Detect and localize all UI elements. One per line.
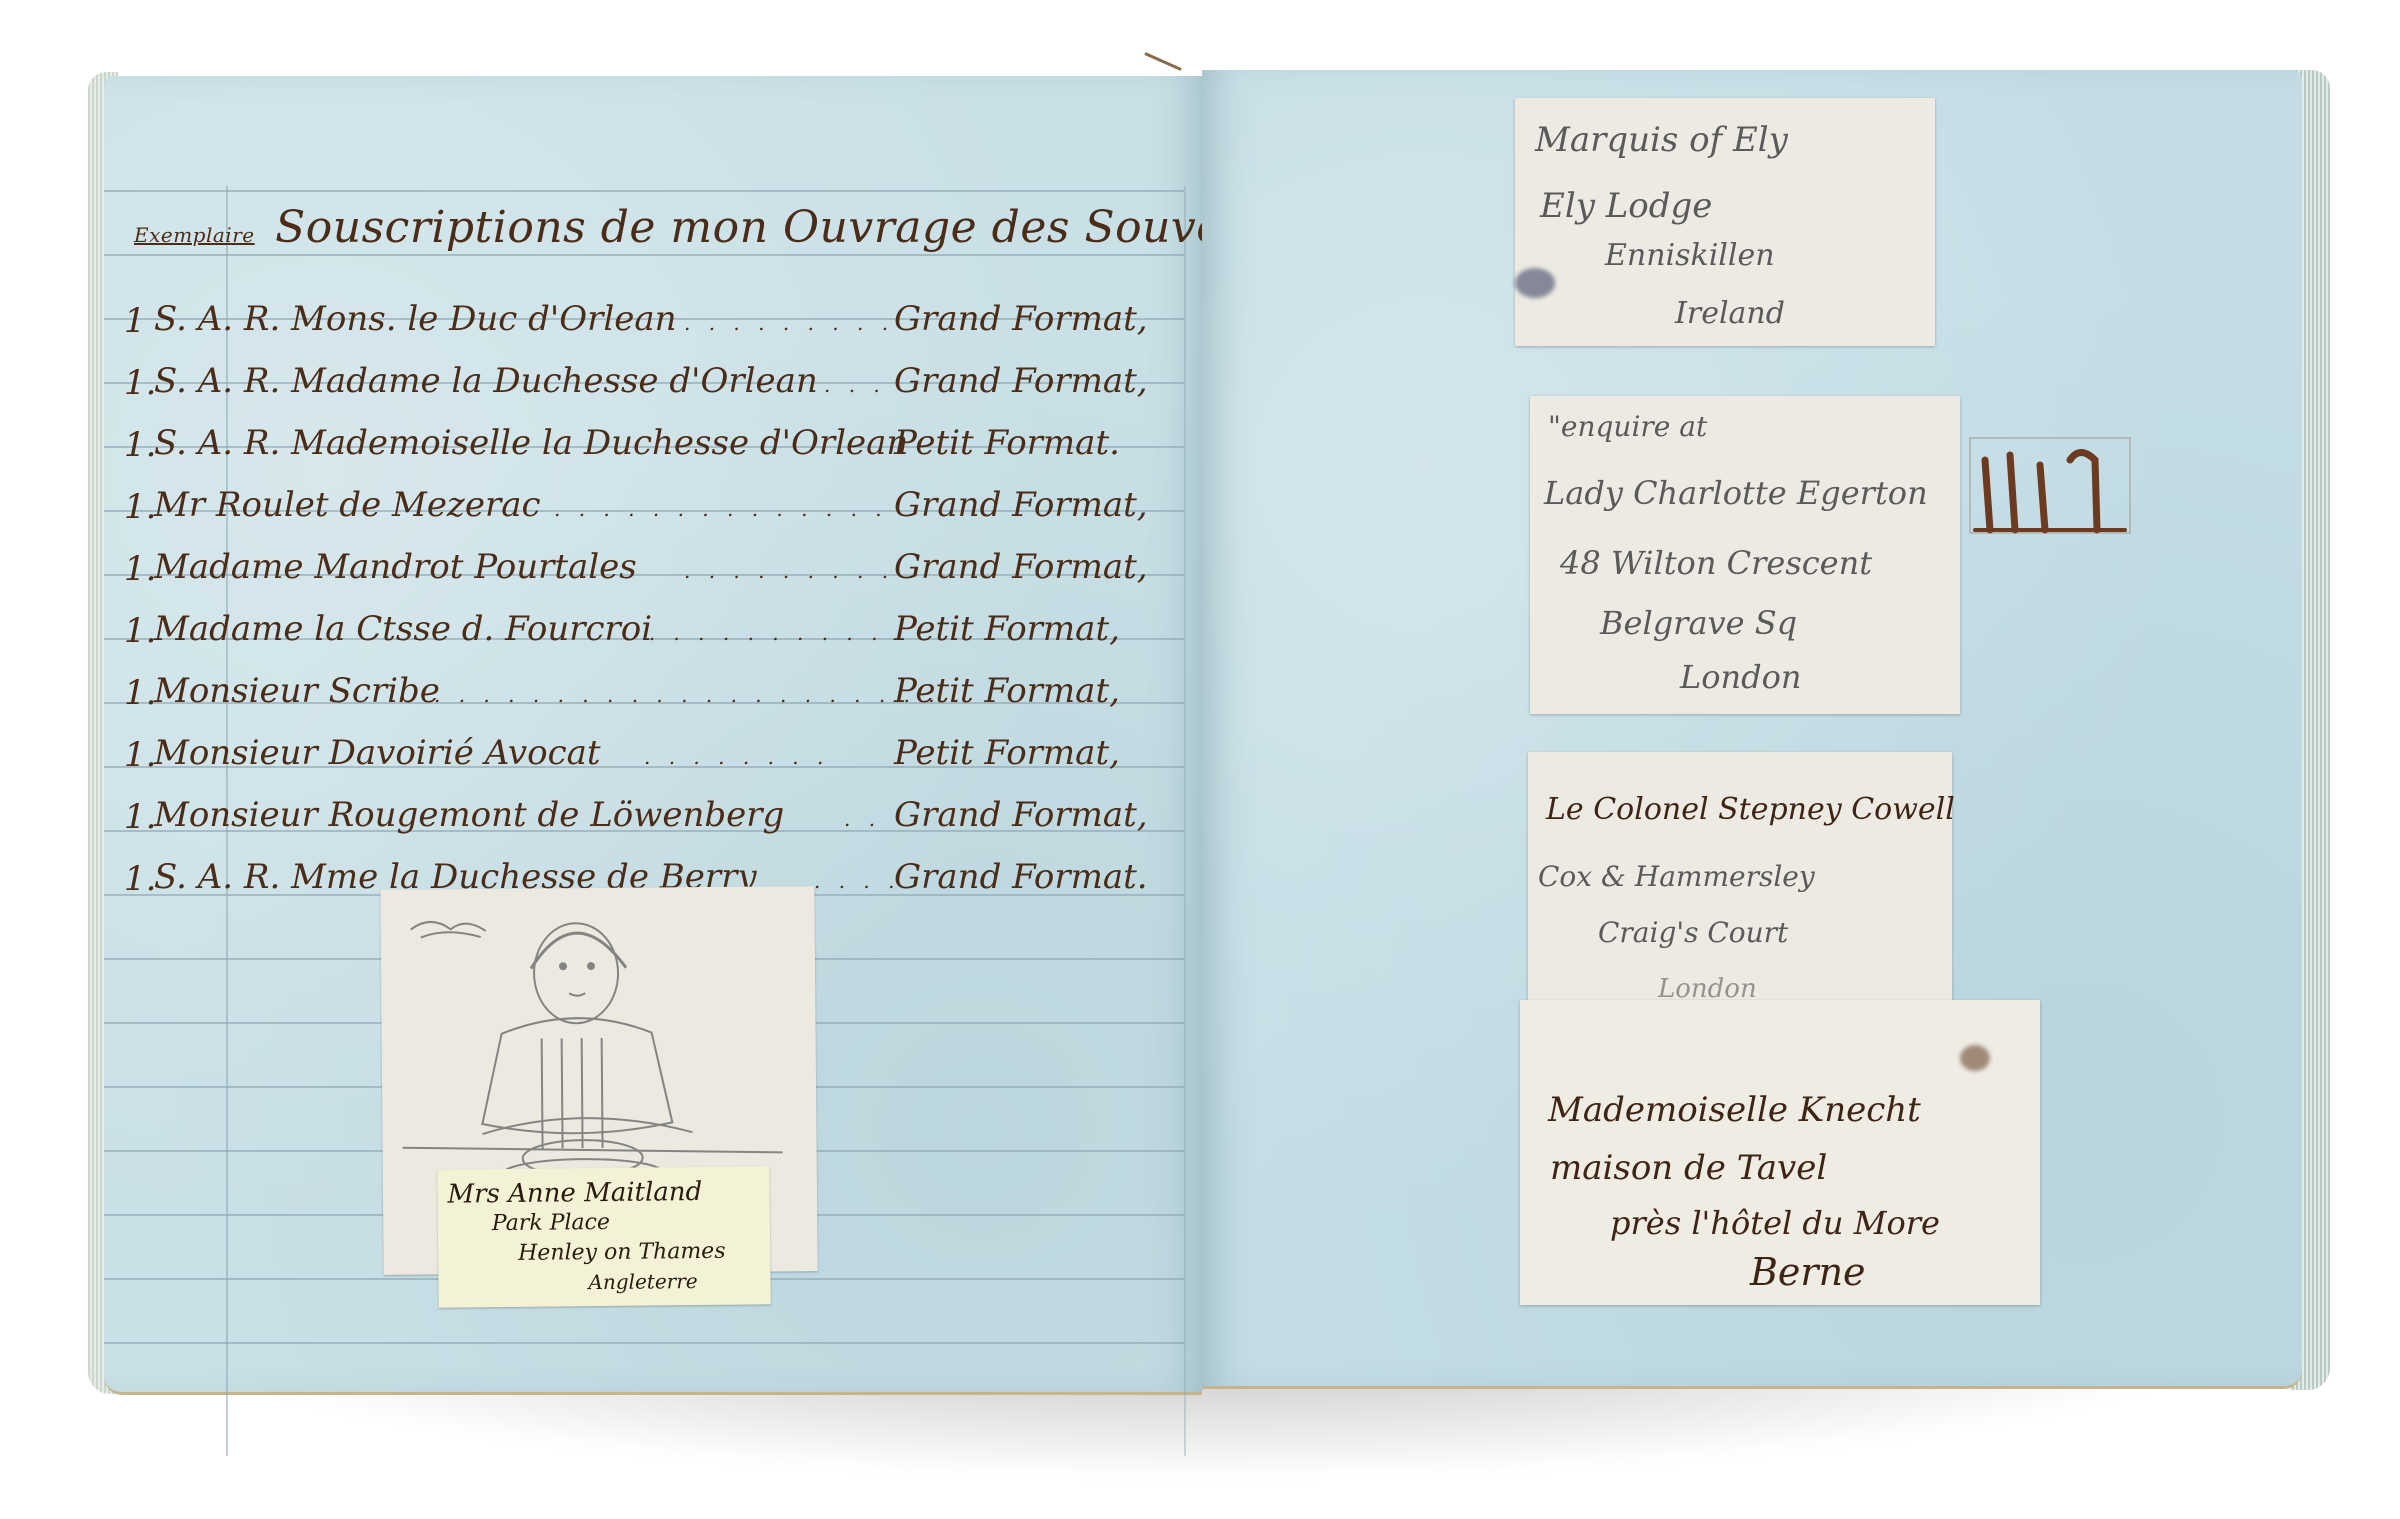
column-label: Exemplaire bbox=[134, 223, 255, 247]
subscription-entry: 1 S. A. R. Mons. le Duc d'Orlean . . . .… bbox=[124, 291, 1194, 351]
entry-name: S. A. R. Mademoiselle la Duchesse d'Orle… bbox=[154, 423, 908, 463]
entry-format: Grand Format. bbox=[894, 857, 1148, 897]
address-line: Henley on Thames bbox=[518, 1239, 726, 1266]
address-line: Craig's Court bbox=[1598, 916, 1788, 949]
leader-dots: . . . . . . . . . . . bbox=[624, 621, 884, 645]
address-line: Angleterre bbox=[588, 1269, 697, 1294]
entry-qty: 1. bbox=[124, 735, 154, 775]
ruled-line bbox=[104, 1342, 1184, 1344]
entry-qty: 1 bbox=[124, 301, 154, 341]
address-line: 48 Wilton Crescent bbox=[1560, 544, 1872, 582]
entry-format: Grand Format, bbox=[894, 299, 1148, 339]
leader-dots: . . . . bbox=[814, 869, 901, 893]
entry-qty: 1. bbox=[124, 549, 154, 589]
ruled-line bbox=[104, 190, 1184, 192]
subscription-entry: 1. Monsieur Scribe . . . . . . . . . . .… bbox=[124, 663, 1194, 723]
address-line: près l'hôtel du More bbox=[1610, 1204, 1940, 1242]
leader-dots: . . . . . . . . . . . . . . bbox=[554, 497, 888, 521]
ruled-line bbox=[104, 254, 1184, 256]
address-line: Ireland bbox=[1675, 296, 1785, 331]
subscription-entry: 1. Mr Roulet de Mezerac . . . . . . . . … bbox=[124, 477, 1194, 537]
subscription-entry: 1. S. A. R. Madame la Duchesse d'Orlean … bbox=[124, 353, 1194, 413]
entry-format: Petit Format, bbox=[894, 609, 1120, 649]
entry-name: Monsieur Scribe bbox=[154, 671, 440, 711]
address-line: Berne bbox=[1750, 1250, 1866, 1294]
postmark-stamp bbox=[1965, 430, 2135, 540]
address-line: Marquis of Ely bbox=[1535, 120, 1788, 160]
address-line: Mrs Anne Maitland bbox=[447, 1177, 702, 1210]
entry-name: Madame la Ctsse d. Fourcroi bbox=[154, 609, 652, 649]
address-line: Cox & Hammersley bbox=[1538, 860, 1815, 893]
entry-format: Petit Format. bbox=[894, 423, 1120, 463]
address-line: Ely Lodge bbox=[1540, 186, 1712, 226]
open-notebook: Exemplaire Souscriptions de mon Ouvrage … bbox=[0, 0, 2400, 1519]
subscription-entry: 1. Madame la Ctsse d. Fourcroi . . . . .… bbox=[124, 601, 1194, 661]
address-clipping-cowell: Le Colonel Stepney Cowell Cox & Hammersl… bbox=[1528, 752, 1952, 1012]
entry-name: S. A. R. Mons. le Duc d'Orlean bbox=[154, 299, 677, 339]
entry-qty: 1. bbox=[124, 487, 154, 527]
leader-dots: . . . . . . . . bbox=[644, 745, 829, 769]
address-clipping-knecht: Mademoiselle Knecht maison de Tavel près… bbox=[1520, 1000, 2040, 1305]
address-line: Le Colonel Stepney Cowell bbox=[1546, 792, 1955, 827]
subscription-entry: 1. Monsieur Davoirié Avocat . . . . . . … bbox=[124, 725, 1194, 785]
leader-dots: . . bbox=[844, 807, 881, 831]
entry-name: Monsieur Davoirié Avocat bbox=[154, 733, 601, 773]
address-clipping-ely: Marquis of Ely Ely Lodge Enniskillen Ire… bbox=[1515, 98, 1935, 346]
entry-format: Grand Format, bbox=[894, 485, 1148, 525]
address-line: London bbox=[1680, 658, 1801, 696]
address-line: Mademoiselle Knecht bbox=[1548, 1090, 1921, 1130]
address-card-maitland: Mrs Anne Maitland Park Place Henley on T… bbox=[437, 1166, 770, 1307]
entry-name: S. A. R. Madame la Duchesse d'Orlean bbox=[154, 361, 818, 401]
page-heading: Exemplaire Souscriptions de mon Ouvrage … bbox=[134, 202, 1194, 253]
subscription-entry: 1. Madame Mandrot Pourtales . . . . . . … bbox=[124, 539, 1194, 599]
address-line: Lady Charlotte Egerton bbox=[1544, 474, 1928, 512]
entry-qty: 1. bbox=[124, 797, 154, 837]
address-clipping-egerton: "enquire at Lady Charlotte Egerton 48 Wi… bbox=[1530, 396, 1960, 714]
entry-qty: 1. bbox=[124, 425, 154, 465]
entry-format: Grand Format, bbox=[894, 361, 1148, 401]
leader-dots: . . . . . . . . . bbox=[684, 559, 894, 583]
subscription-entry: 1. Monsieur Rougemont de Löwenberg . . G… bbox=[124, 787, 1194, 847]
entry-name: Mr Roulet de Mezerac bbox=[154, 485, 541, 525]
ink-stain bbox=[1960, 1045, 1990, 1071]
ink-blot bbox=[1515, 268, 1555, 298]
address-line: maison de Tavel bbox=[1550, 1148, 1827, 1188]
entry-qty: 1. bbox=[124, 859, 154, 899]
entry-qty: 1. bbox=[124, 363, 154, 403]
entry-format: Grand Format, bbox=[894, 795, 1148, 835]
entry-format: Petit Format, bbox=[894, 733, 1120, 773]
address-line: Belgrave Sq bbox=[1600, 604, 1797, 642]
entry-qty: 1. bbox=[124, 611, 154, 651]
binding-thread bbox=[1144, 52, 1182, 71]
leader-dots: . . . . . . . . . bbox=[684, 311, 894, 335]
leader-dots: . . . . . . . . . . . . . . . . . . . . … bbox=[434, 683, 965, 707]
subscription-entry: 1. S. A. R. Mademoiselle la Duchesse d'O… bbox=[124, 415, 1194, 475]
entry-name: Madame Mandrot Pourtales bbox=[154, 547, 637, 587]
address-line: "enquire at bbox=[1548, 410, 1707, 443]
entry-format: Grand Format, bbox=[894, 547, 1148, 587]
entry-format: Petit Format, bbox=[894, 671, 1120, 711]
address-line: Park Place bbox=[492, 1210, 610, 1236]
entry-name: Monsieur Rougemont de Löwenberg bbox=[154, 795, 784, 835]
address-line: Enniskillen bbox=[1605, 238, 1775, 273]
entry-qty: 1. bbox=[124, 673, 154, 713]
leader-dots: . . . bbox=[824, 373, 886, 397]
